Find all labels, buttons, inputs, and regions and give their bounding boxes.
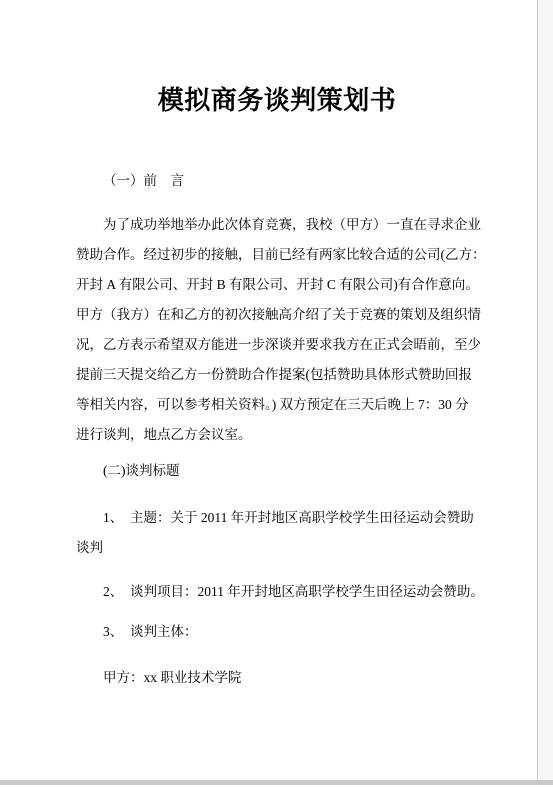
page-bottom-edge — [0, 780, 553, 785]
preface-heading: （一）前 言 — [76, 166, 478, 196]
preface-paragraph: 为了成功举地举办此次体育竞赛，我校（甲方）一直在寻求企业 赞助合作。经过初步的接… — [76, 210, 478, 450]
page-right-margin-area — [538, 0, 553, 780]
list-item-project: 2、 谈判项目：2011 年开封地区高职学校学生田径运动会赞助。 — [76, 577, 478, 607]
section2-heading: (二)谈判标题 — [76, 456, 478, 486]
party-a-line: 甲方：xx 职业技术学院 — [76, 663, 478, 693]
document-viewport: 模拟商务谈判策划书 （一）前 言 为了成功举地举办此次体育竞赛，我校（甲方）一直… — [0, 0, 553, 788]
document-page[interactable]: 模拟商务谈判策划书 （一）前 言 为了成功举地举办此次体育竞赛，我校（甲方）一直… — [0, 0, 538, 780]
page-content: 模拟商务谈判策划书 （一）前 言 为了成功举地举办此次体育竞赛，我校（甲方）一直… — [76, 0, 478, 693]
list-item-topic: 1、 主题：关于 2011 年开封地区高职学校学生田径运动会赞助 谈判 — [76, 503, 478, 563]
list-item-subject: 3、 谈判主体： — [76, 617, 478, 647]
document-title: 模拟商务谈判策划书 — [76, 84, 478, 116]
